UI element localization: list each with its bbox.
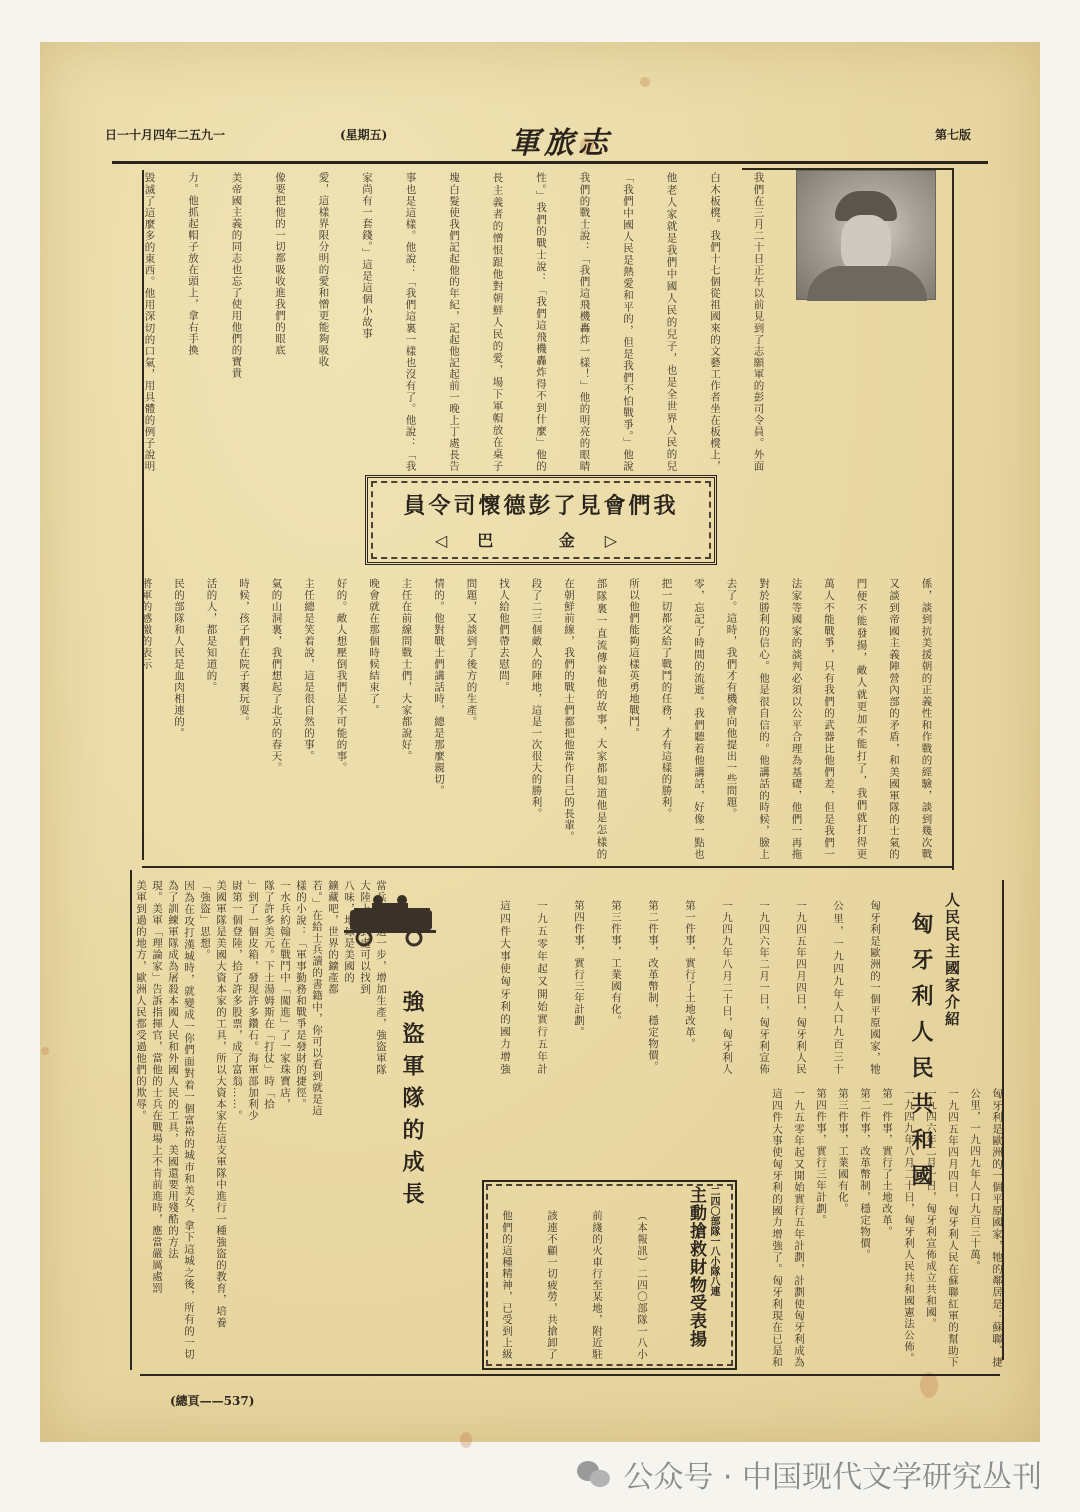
feature-column: 美帝國主義的同志也忘了使用他們的寶貴 (230, 172, 243, 472)
feature-middle-column: 主任在前線問戰士們，大家都說好。 (400, 578, 413, 860)
hungary-column: 第三件事，工業國有化。 (609, 900, 622, 1075)
feature-middle-column: 民的部隊和人民是血肉相連的。 (172, 578, 185, 860)
feature-column: 事也是這樣。他說：「我們這裏一樣也沒有了。他說：「我們還活十年 (404, 172, 417, 472)
bandit-army-column: 八味，地球是美國的 (342, 880, 355, 1360)
feature-middle-column: 情的。他對戰士們講話時，總是那麼親切。 (432, 578, 445, 860)
feature-middle-column: 係，談到抗美援朝的正義性和作戰的經驗，談到幾次戰役勝利的原因 (920, 578, 933, 860)
feature-column: 長主義者的憎恨跟他對朝鮮人民的愛，場下軍帽放在桌子上，他的光頭上一 (491, 172, 504, 472)
header-rule (112, 161, 988, 164)
feature-middle-column: 零，忘記了時間的流逝。我們聽着他講話，好像一點也不覺得疲倦。 (692, 578, 705, 860)
report-title: 主動搶救財物受表揚 (684, 1186, 709, 1348)
hungary-column: 公里，一九四九年人口九百三十萬。 (831, 900, 844, 1075)
feature-title: 我們會見了彭德懷司令員 (403, 489, 678, 520)
page-label: 第七版 (935, 126, 971, 143)
feature-column: 力。他抓起帽子放在頭上，拿右手換 (186, 172, 199, 472)
hungary-column: 一九四九年八月二十日，匈牙利人民共和國憲法公佈。 (902, 1088, 915, 1368)
feature-middle-column: 在朝鮮前線，我們的戰士們都把他當作自己的長輩。 (562, 578, 575, 860)
bandit-army-column: 美國軍隊是美國大資本家的工具，所以大資本家在這支軍隊中進行一種強盜的教育，培養 (214, 880, 227, 1360)
hungary-column: 第四件事，實行三年計劃。 (814, 1088, 827, 1368)
feature-column: 「我們中國人民是熱愛和平的，但是我們不怕戰爭。」他說著，用明亮的眼睛望著我們。 (621, 172, 634, 472)
hungary-column: 一九四九年八月二十日，匈牙利人民共和國憲法公佈。 (720, 900, 733, 1075)
bandit-army-column: 樣的小說：「軍事勤務和戰爭是發財的捷徑。 (294, 880, 307, 1360)
jeep-cartoon-icon (340, 888, 440, 948)
feature-middle-column: 對於勝利的信心。他是很自信的。他講話的時候，臉上帶着笑容， (757, 578, 770, 860)
feature-middle-column: 問題，又談到了後方的生產。 (465, 578, 478, 860)
hungary-column: 匈牙利是歐洲的一個平原國家，牠的鄰居是：蘇聯、捷克、羅馬尼亞、南斯拉夫和奧地利。… (990, 1088, 1003, 1368)
bandit-army-column: 若。」在給士兵讀的書籍中，你可以看到就是這 (310, 880, 323, 1360)
feature-middle-column: 門便不能發揚，敵人就更加不能打了，我們就打得更好。 (855, 578, 868, 860)
feature-column: 像要把他的一切都吸收進我們的眼底 (273, 172, 286, 472)
feature-column: 我們的戰士說：「我們這飛機轟炸一樣！」他的明亮的眼睛射出一種堅強的光彩。 (578, 172, 591, 472)
feature-title-box: 我們會見了彭德懷司令員 ◁巴 金▷ (365, 475, 717, 565)
hungary-column: 這四件大事使匈牙利的國力增強了。匈牙利現在已是和平民主陣營一個有力的成員，正如領… (498, 900, 511, 1075)
report-column: 前綫的火車行至某地，附近駐軍二四〇部隊聞訊後，當即自動組織九人幫助鐵路部隊搶運。 (590, 1210, 603, 1360)
feature-middle-column: 把一切都交給了戰鬥的任務，才有這樣的勝利。 (660, 578, 673, 860)
bandit-army-column: 當兵，知道一步，增加生產，強盜軍隊 (374, 880, 387, 1360)
hungary-column: 這四件大事使匈牙利的國力增強了。匈牙利現在已是和平民主陣營一個有力的成員，正如領… (770, 1088, 783, 1368)
feature-column: 塊白髮使我們記起他的年紀，記起他記起前一晚上丁處長告訴我們的小故 (447, 172, 460, 472)
feature-column: 家尚有一套錢。」這是這個小故事 (360, 172, 373, 472)
hungary-column: 一九四六年二月一日，匈牙利宣佈成立共和國。 (924, 1088, 937, 1368)
feature-middle-column: 找人給他們帶去慰問。 (497, 578, 510, 860)
hungary-column: 公里，一九四九年人口九百三十萬。 (968, 1088, 981, 1368)
hungary-column: 第二件事，改革幣制，穩定物價。 (646, 900, 659, 1075)
feature-author: ◁巴 金▷ (435, 528, 647, 551)
feature-middle-column: 活的人，都是知道的。 (205, 578, 218, 860)
hungary-column: 一九五零年起又開始實行五年計劃，計劃使匈牙利成為一個工業農業國。 (792, 1088, 805, 1368)
hungary-series-label: 人民民主國家介紹 (942, 892, 963, 1028)
hungary-column: 第四件事，實行三年計劃。 (572, 900, 585, 1075)
mid-divider (142, 866, 954, 868)
hungary-column: 匈牙利是歐洲的一個平原國家，牠的鄰居是：蘇聯、捷克、羅馬尼亞、南斯拉夫和奧地利。… (868, 900, 881, 1075)
bottom-rule (140, 1374, 1000, 1376)
feature-column: 性。」我們的戰士說：「我們這飛機轟炸得不到什麼」他的明亮的眼睛射出一種 (534, 172, 547, 472)
report-column: （本報訊）二四〇部隊一八小隊八連，主動幫助鐵路部隊搶救物資，已受該部表揚。 (635, 1210, 648, 1360)
bandit-army-title: 強盜軍隊的成長 (396, 990, 427, 1214)
bandit-army-column: 鑛藏吧，世界的鑛產都 (326, 880, 339, 1360)
frame-right-upper (952, 170, 954, 870)
feature-column: 愛，這樣界限分明的愛和憎更能夠吸收 (317, 172, 330, 472)
feature-middle-column: 萬人不能戰爭，只有我們的武器比他們差，但是我們一定能打勝他們。 (822, 578, 835, 860)
feature-column: 白木板櫈。我們十七個從祖國來的文藝工作者坐在板櫈上，懷着興奮的心情，用期待的眼光… (708, 172, 721, 472)
feature-middle-column: 段了二三個敵人的陣地，這是一次很大的勝利。 (530, 578, 543, 860)
watermark-text: 公众号 · 中国现代文学研究丛刊 (623, 1452, 1042, 1496)
feature-middle-column: 去了。這時，我們才有機會向他提出一些問題。 (725, 578, 738, 860)
hungary-column: 一九五零年起又開始實行五年計劃，計劃使匈牙利成為一個工業農業國。 (535, 900, 548, 1075)
feature-middle-column: 將軍的感激的表示 (140, 578, 153, 860)
feature-column: 他老人家就是我們中國人民的兒子，也是全世界人民的兒子。我們等待著他，這是我們許多… (665, 172, 678, 472)
bandit-army-column: 現。美軍「理論家」告訴指揮官，當他的士兵在戰場上不肯前進時，應當嚴厲處罰 (150, 880, 163, 1360)
bandit-army-column: 「強盜」思想。 (198, 880, 211, 1360)
feature-middle-column: 又談到帝國主義陣營內部的矛盾，和美國軍隊的士氣的低落。 (887, 578, 900, 860)
feature-middle-column: 所以他們能夠這樣英勇地戰鬥。 (627, 578, 640, 860)
bandit-army-column: 美軍到過的地方，歐洲人民都受過他們的欺辱。 (134, 880, 147, 1360)
bandit-army-column: 為了訓練軍隊成為屠殺本國人民和外國人民的工具，美國還要用殘酷的方法 (166, 880, 179, 1360)
issue-date: 一九五二年四月十一日 (105, 126, 225, 143)
bandit-army-column: 尉第一個登陸，拾了許多股票，成了富翁……。 (230, 880, 243, 1360)
newspaper-header: 一九五二年四月十一日 (星期五) 軍旅志 第七版 (90, 118, 990, 158)
hungary-column: 第三件事，工業國有化。 (836, 1088, 849, 1368)
bandit-army-column: 因為在攻打漢城時，就變成一你們面對着一個富裕的城市和美女，拿下這城之後，所有的一… (182, 880, 195, 1360)
issue-weekday: (星期五) (340, 126, 387, 143)
hungary-column: 一九四六年二月一日，匈牙利宣佈成立共和國。 (757, 900, 770, 1075)
feature-middle-column: 晚會就在那個時候結束了。 (367, 578, 380, 860)
hungary-column: 第一件事，實行了土地改革。 (683, 900, 696, 1075)
report-column: 他們的這種精神，已受到上級的表揚。 (500, 1210, 513, 1360)
feature-middle-column: 部隊裏一直流傳着他的故事，大家都知道他是怎樣的人。 (595, 578, 608, 860)
feature-middle-column: 好的。敵人想壓倒我們是不可能的事。 (335, 578, 348, 860)
bandit-army-column: 大陸上，到處可以找到 (358, 880, 371, 1360)
feature-column: 毀滅了這麼多的東西。他用深切的口氣，用具體的例子說明抗美援朝的意義 (143, 172, 156, 472)
wechat-icon (577, 1459, 613, 1489)
feature-middle-column: 時候，孩子們在院子裏玩耍。 (237, 578, 250, 860)
hungary-column: 第一件事，實行了土地改革。 (880, 1088, 893, 1368)
feature-middle-column: 氣的山洞裏，我們想起了北京的春天。 (270, 578, 283, 860)
photo-body-shape (807, 266, 927, 301)
feature-column: 我們在三月二十日正午以前見到了志願軍的彭司令員。外面開着非常暖和，一間並不太大的… (752, 172, 765, 472)
feature-middle-column: 法家等國家的談判必須以公平合理為基礎，他們一再拖延，我們不怕。 (790, 578, 803, 860)
author-name: 巴 金 (477, 531, 605, 550)
feature-middle-column: 主任總是笑着說，這是很自然的事。 (302, 578, 315, 860)
frame-left-lower (130, 870, 132, 1370)
bandit-army-column: 」到了一個皮箱，發現許多鑽石。海軍部加利少 (246, 880, 259, 1360)
masthead: 軍旅志 (510, 118, 612, 162)
hungary-column: 第二件事，改革幣制，穩定物價。 (858, 1088, 871, 1368)
report-column: 該連不顧一切疲勞，共搶卸了三千餘包，鐵路二百米以外的物資，由幹部帶頭搬運。 (545, 1210, 558, 1360)
hungary-column: 一九四五年四月四日，匈牙利人民在蘇聯紅軍的幫助下獲得了解放。 (794, 900, 807, 1075)
watermark: 公众号 · 中国现代文学研究丛刊 (577, 1452, 1042, 1496)
portrait-photo (796, 170, 936, 300)
bandit-army-column: 一水兵約翰在戰鬥中「闖進」了一家珠寶店， (278, 880, 291, 1360)
bandit-army-column: 隊了許多美元。下士湯姆斯在「打仗」時「拾 (262, 880, 275, 1360)
hungary-column: 一九四五年四月四日，匈牙利人民在蘇聯紅軍的幫助下獲得了解放。 (946, 1088, 959, 1368)
total-page-number: (總頁——537) (170, 1392, 254, 1409)
